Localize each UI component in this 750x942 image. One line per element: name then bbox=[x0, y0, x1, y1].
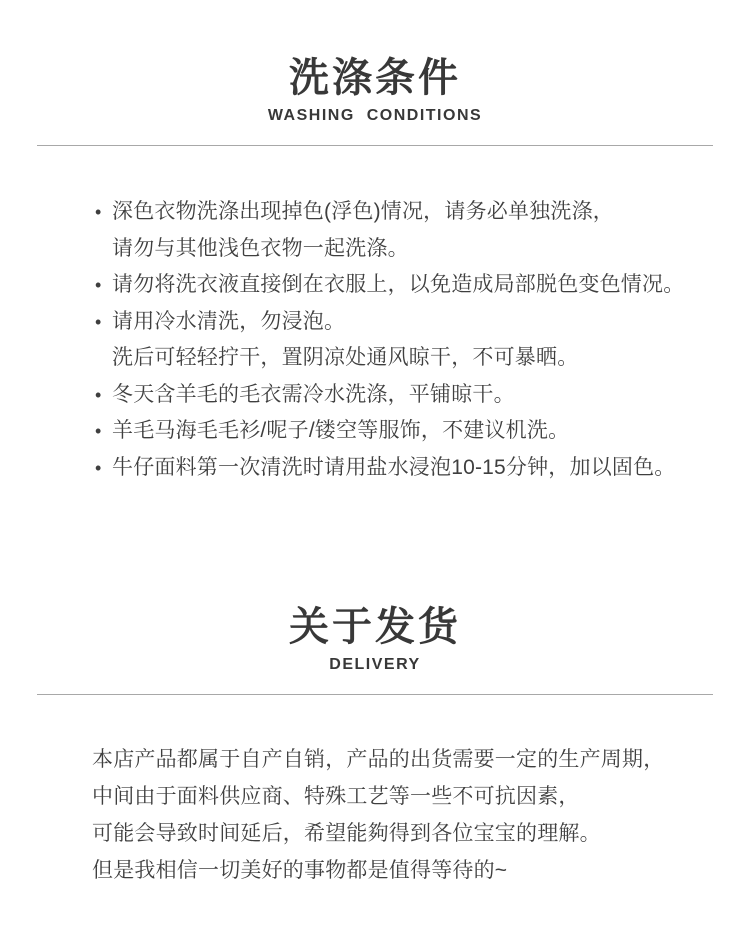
bullet-icon: • bbox=[95, 267, 112, 304]
bullet-icon: • bbox=[95, 413, 112, 450]
list-item-text: 请用冷水清洗，勿浸泡。 bbox=[112, 304, 710, 341]
bullet-spacer bbox=[95, 340, 112, 377]
delivery-title-block: 关于发货 DELIVERY bbox=[0, 486, 750, 674]
paragraph-line: 可能会导致时间延后，希望能夠得到各位宝宝的理解。 bbox=[92, 815, 710, 852]
bullet-icon: • bbox=[95, 304, 112, 341]
list-item: • 请勿将洗衣液直接倒在衣服上，以免造成局部脱色变色情况。 bbox=[95, 267, 710, 304]
washing-section-title: 洗涤条件 bbox=[0, 57, 750, 99]
washing-instructions-list: • 深色衣物洗涤出现掉色(浮色)情况，请务必单独洗涤， 请勿与其他浅色衣物一起洗… bbox=[95, 194, 710, 486]
list-item-continuation: 洗后可轻轻拧干，置阴凉处通风晾干，不可暴晒。 bbox=[95, 340, 710, 377]
delivery-paragraph: 本店产品都属于自产自销，产品的出货需要一定的生产周期， 中间由于面料供应商、特殊… bbox=[92, 741, 710, 889]
bullet-icon: • bbox=[95, 377, 112, 414]
list-item: • 深色衣物洗涤出现掉色(浮色)情况，请务必单独洗涤， bbox=[95, 194, 710, 231]
list-item: • 牛仔面料第一次清洗时请用盐水浸泡10-15分钟，加以固色。 bbox=[95, 450, 710, 487]
paragraph-line: 但是我相信一切美好的事物都是值得等待的~ bbox=[92, 852, 710, 889]
paragraph-line: 本店产品都属于自产自销，产品的出货需要一定的生产周期， bbox=[92, 741, 710, 778]
section-divider bbox=[37, 145, 713, 146]
bullet-icon: • bbox=[95, 194, 112, 231]
list-item-text: 冬天含羊毛的毛衣需冷水洗涤，平铺晾干。 bbox=[112, 377, 710, 414]
washing-title-block: 洗涤条件 WASHING CONDITIONS bbox=[0, 0, 750, 125]
bullet-spacer bbox=[95, 231, 112, 268]
delivery-section-subtitle: DELIVERY bbox=[0, 656, 750, 674]
delivery-section: 关于发货 DELIVERY 本店产品都属于自产自销，产品的出货需要一定的生产周期… bbox=[0, 486, 750, 889]
list-item: • 请用冷水清洗，勿浸泡。 bbox=[95, 304, 710, 341]
list-item-continuation: 请勿与其他浅色衣物一起洗涤。 bbox=[95, 231, 710, 268]
list-item-text: 牛仔面料第一次清洗时请用盐水浸泡10-15分钟，加以固色。 bbox=[112, 450, 710, 487]
washing-section-subtitle: WASHING CONDITIONS bbox=[0, 107, 750, 125]
list-item-text: 请勿与其他浅色衣物一起洗涤。 bbox=[112, 231, 710, 268]
list-item-text: 请勿将洗衣液直接倒在衣服上，以免造成局部脱色变色情况。 bbox=[112, 267, 710, 304]
product-description-page: 洗涤条件 WASHING CONDITIONS • 深色衣物洗涤出现掉色(浮色)… bbox=[0, 0, 750, 942]
delivery-section-title: 关于发货 bbox=[0, 606, 750, 648]
list-item: • 羊毛马海毛毛衫/呢子/镂空等服饰，不建议机洗。 bbox=[95, 413, 710, 450]
section-divider bbox=[37, 694, 713, 695]
list-item-text: 深色衣物洗涤出现掉色(浮色)情况，请务必单独洗涤， bbox=[112, 194, 710, 231]
washing-section: 洗涤条件 WASHING CONDITIONS • 深色衣物洗涤出现掉色(浮色)… bbox=[0, 0, 750, 486]
bullet-icon: • bbox=[95, 450, 112, 487]
paragraph-line: 中间由于面料供应商、特殊工艺等一些不可抗因素， bbox=[92, 778, 710, 815]
list-item: • 冬天含羊毛的毛衣需冷水洗涤，平铺晾干。 bbox=[95, 377, 710, 414]
list-item-text: 羊毛马海毛毛衫/呢子/镂空等服饰，不建议机洗。 bbox=[112, 413, 710, 450]
list-item-text: 洗后可轻轻拧干，置阴凉处通风晾干，不可暴晒。 bbox=[112, 340, 710, 377]
